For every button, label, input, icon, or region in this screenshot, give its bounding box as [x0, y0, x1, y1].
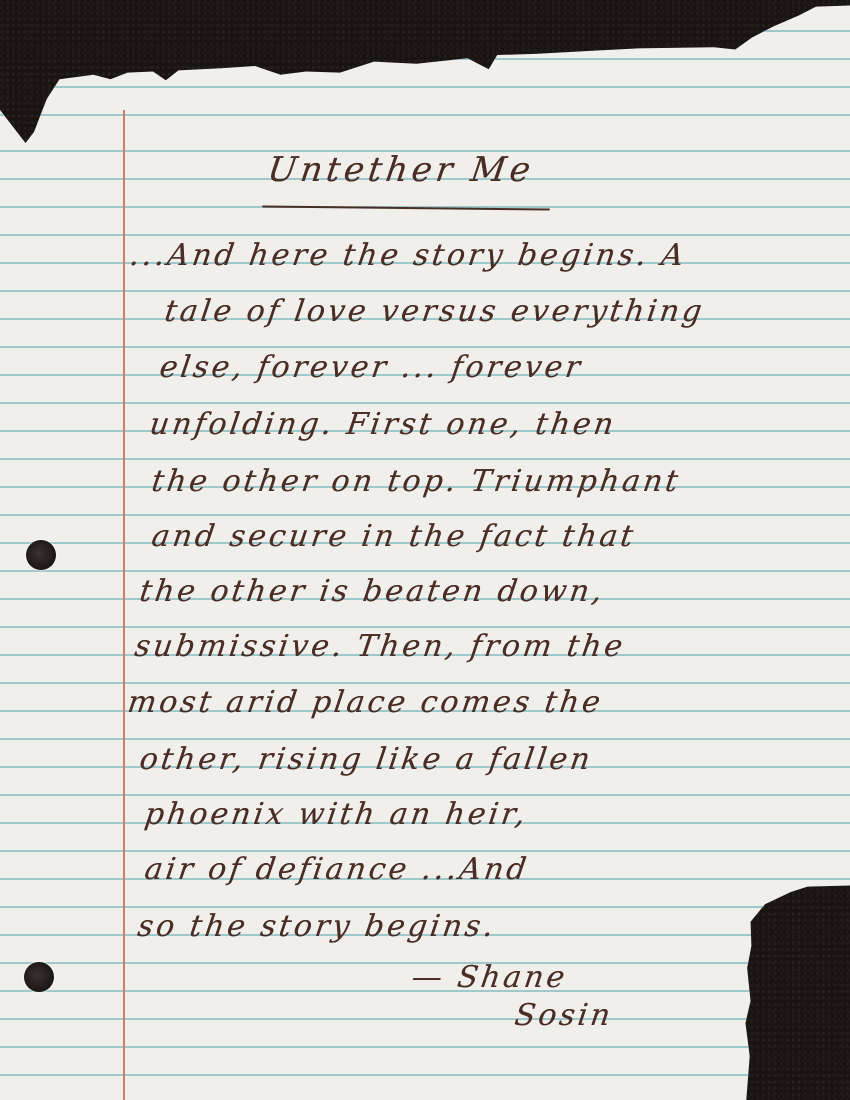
text-line-2: tale of love versus everything: [163, 294, 707, 329]
text-line-6: and secure in the fact that: [150, 519, 639, 554]
text-line-9: most arid place comes the: [126, 685, 606, 720]
text-line-3: else, forever ... forever: [158, 350, 586, 385]
text-line-13: so the story begins.: [136, 909, 499, 944]
text-line-4: unfolding. First one, then: [148, 407, 619, 442]
text-line-8: submissive. Then, from the: [133, 629, 628, 664]
title-underline: [262, 205, 550, 210]
binder-hole-middle: [26, 540, 56, 570]
notebook-paper: Untether Me ...And here the story begins…: [0, 0, 850, 1100]
text-line-1: ...And here the story begins. A: [128, 238, 689, 273]
text-line-12: air of defiance ...And: [143, 852, 532, 887]
red-margin-line: [123, 110, 125, 1100]
binder-hole-bottom: [24, 962, 54, 992]
document-title: Untether Me: [265, 150, 537, 190]
text-line-10: other, rising like a fallen: [138, 742, 596, 777]
text-line-11: phoenix with an heir,: [143, 797, 531, 832]
signature-first-name: — Shane: [410, 960, 570, 995]
text-line-7: the other is beaten down,: [138, 574, 607, 609]
text-line-5: the other on top. Triumphant: [150, 464, 683, 499]
signature-last-name: Sosin: [513, 998, 616, 1033]
